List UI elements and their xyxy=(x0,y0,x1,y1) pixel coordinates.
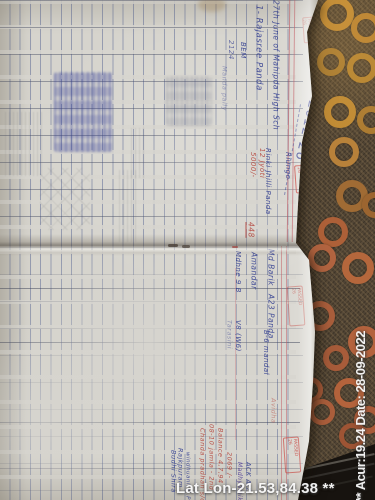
rubber-stamp-faint: PASSED 26 xyxy=(302,17,315,44)
handwriting-p2-entry6: V8 (W6) xyxy=(234,320,241,350)
seam-mark xyxy=(182,245,190,248)
handwriting-tag: BEM xyxy=(239,42,246,64)
gps-watermark-bottom: Lat Lon-21.53,84.38 ** xyxy=(176,480,335,497)
red-column-faint xyxy=(235,268,236,440)
handwriting-header-line: 27th June of Mahipda High Sch xyxy=(272,0,280,148)
paper-stain xyxy=(198,0,226,12)
handwriting-red-note-b: 5000/- xyxy=(249,152,256,192)
column-line xyxy=(0,342,300,343)
paper-shadow-wrap: 27th June of Mahipda High Sch 1- Rajasre… xyxy=(0,0,375,500)
red-margin-page1 xyxy=(287,0,296,242)
stamp-text: PASSED xyxy=(301,167,308,191)
stamp-text: 26 xyxy=(295,167,302,191)
handwriting-p2-entry5: B-6 mandal xyxy=(262,330,269,372)
pencil-cross-marks xyxy=(40,168,90,230)
handwriting-p2-entry2: Amandar xyxy=(250,252,258,300)
pencil-scribble xyxy=(116,170,136,242)
handwriting-edge-red-note: Avidha xyxy=(270,398,277,432)
handwriting-p2-entry1: Mdhne 9 B xyxy=(234,251,241,285)
handwriting-number: 2124 xyxy=(227,40,234,66)
ink-smudge xyxy=(54,72,112,152)
column-line xyxy=(0,468,300,469)
rubber-stamp-page1: PASSED 26 xyxy=(294,165,310,194)
rubber-stamp-bottom: PASSED 26 xyxy=(283,436,301,473)
handwriting-blue-note: Rinki Jhilli Panda xyxy=(264,148,271,216)
seam-mark xyxy=(232,246,238,248)
handwriting-side-note: Manda pally xyxy=(221,66,228,118)
seam-mark xyxy=(168,244,178,247)
rubber-stamp-page2: PASSED 26 xyxy=(287,285,306,326)
page-edge-highlight-page2 xyxy=(298,246,316,500)
pencil-scribble xyxy=(2,112,42,176)
handwriting-student-line: 1- Rajasree Panda xyxy=(254,5,263,93)
ink-smudge-faint xyxy=(166,76,212,126)
photo-scene: 27th June of Mahipda High Sch 1- Rajasre… xyxy=(0,0,375,500)
notebook-pages: 27th June of Mahipda High Sch 1- Rajasre… xyxy=(0,0,330,500)
gps-watermark-side: ** Acur:19.24 Date: 28-09-2022 xyxy=(353,316,368,500)
handwriting-p2-faint-word: Tarasini xyxy=(226,320,233,350)
page-fold-seam xyxy=(0,234,312,256)
column-line xyxy=(0,422,300,423)
pencil-scribble xyxy=(128,128,146,178)
